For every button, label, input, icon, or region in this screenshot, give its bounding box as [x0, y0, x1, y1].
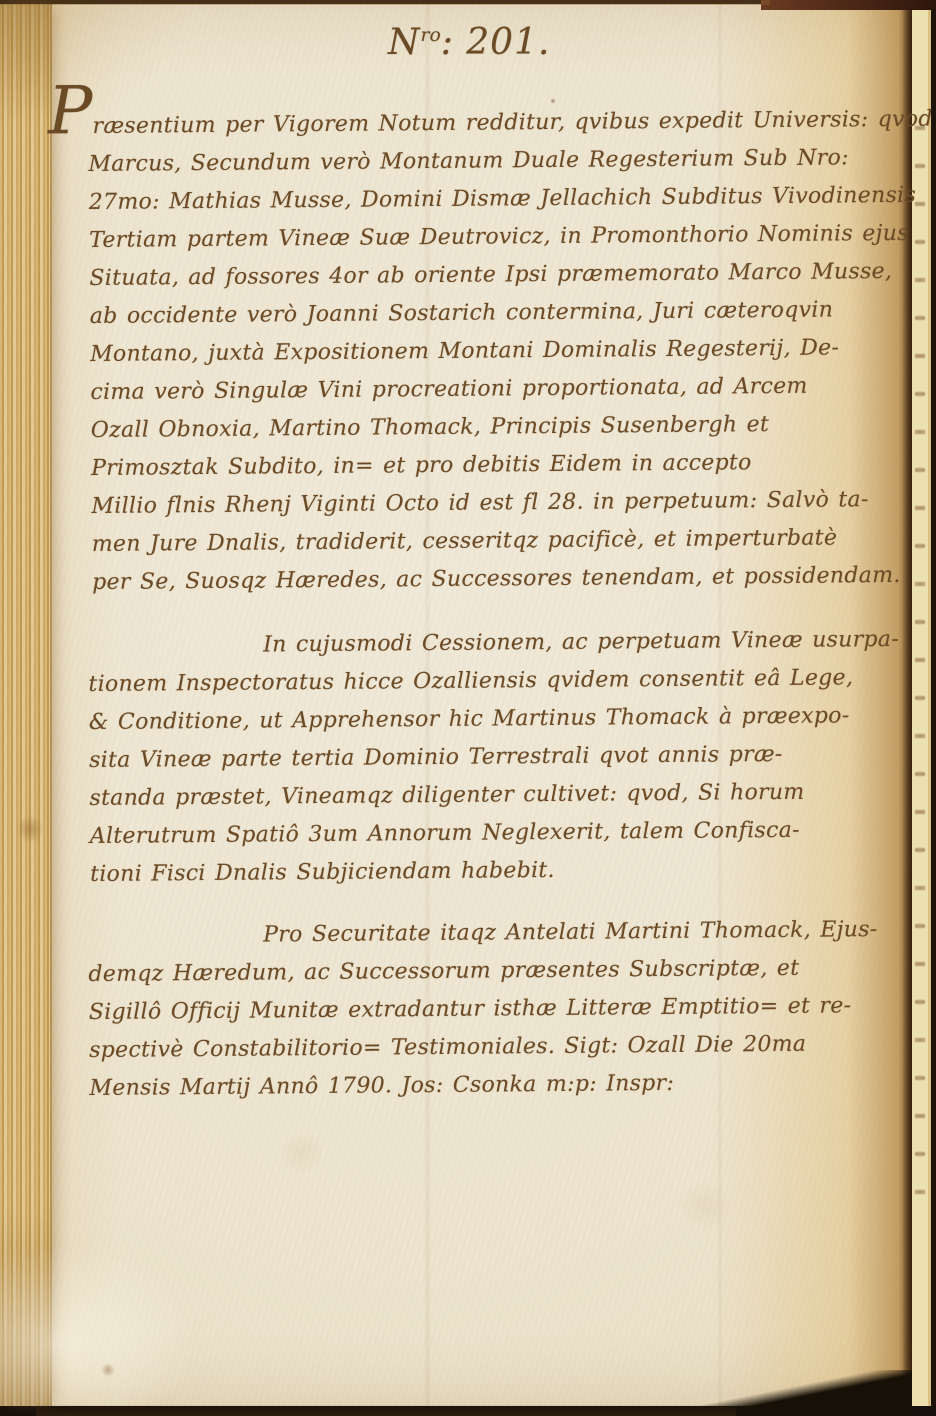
text-line: spectivè Constabilitorio= Testimoniales.…	[89, 1025, 901, 1070]
page-bottom-edge	[36, 1404, 736, 1416]
manuscript-text: Præsentium per Vigorem Notum redditur, q…	[88, 108, 900, 1108]
page-number-heading: Nro: 201.	[388, 22, 550, 63]
text-line: tioni Fisci Dnalis Subjiciendam habebit.	[90, 849, 902, 894]
next-page-text-fragments	[915, 94, 925, 1194]
heading-prefix: N	[388, 22, 421, 63]
text-line: per Se, Suosqz Hæredes, ac Successores t…	[92, 557, 904, 602]
page-top-edge	[0, 0, 770, 5]
book-fore-edge	[0, 4, 52, 1406]
text-line: cima verò Singulæ Vini procreationi prop…	[90, 367, 902, 412]
paragraph-attestation: Pro Securitate itaqz Antelati Martini Th…	[88, 911, 902, 1108]
heading-separator: :	[441, 22, 467, 63]
text-line: Alterutrum Spatiô 3um Annorum Neglexerit…	[90, 811, 902, 856]
heading-superscript: ro	[421, 25, 441, 46]
heading-number: 201.	[466, 22, 550, 63]
text-line: Mensis Martij Annô 1790. Jos: Csonka m:p…	[89, 1063, 901, 1108]
book-cover-edge	[761, 0, 936, 10]
next-page-edge	[912, 4, 936, 1406]
gutter-shadow	[902, 4, 912, 1406]
paragraph-conditions: In cujusmodi Cessionem, ac perpetuam Vin…	[88, 621, 902, 894]
paragraph-grant: Præsentium per Vigorem Notum redditur, q…	[88, 101, 904, 602]
manuscript-scan: Nro: 201. Præsentium per Vigorem Notum r…	[0, 0, 936, 1416]
